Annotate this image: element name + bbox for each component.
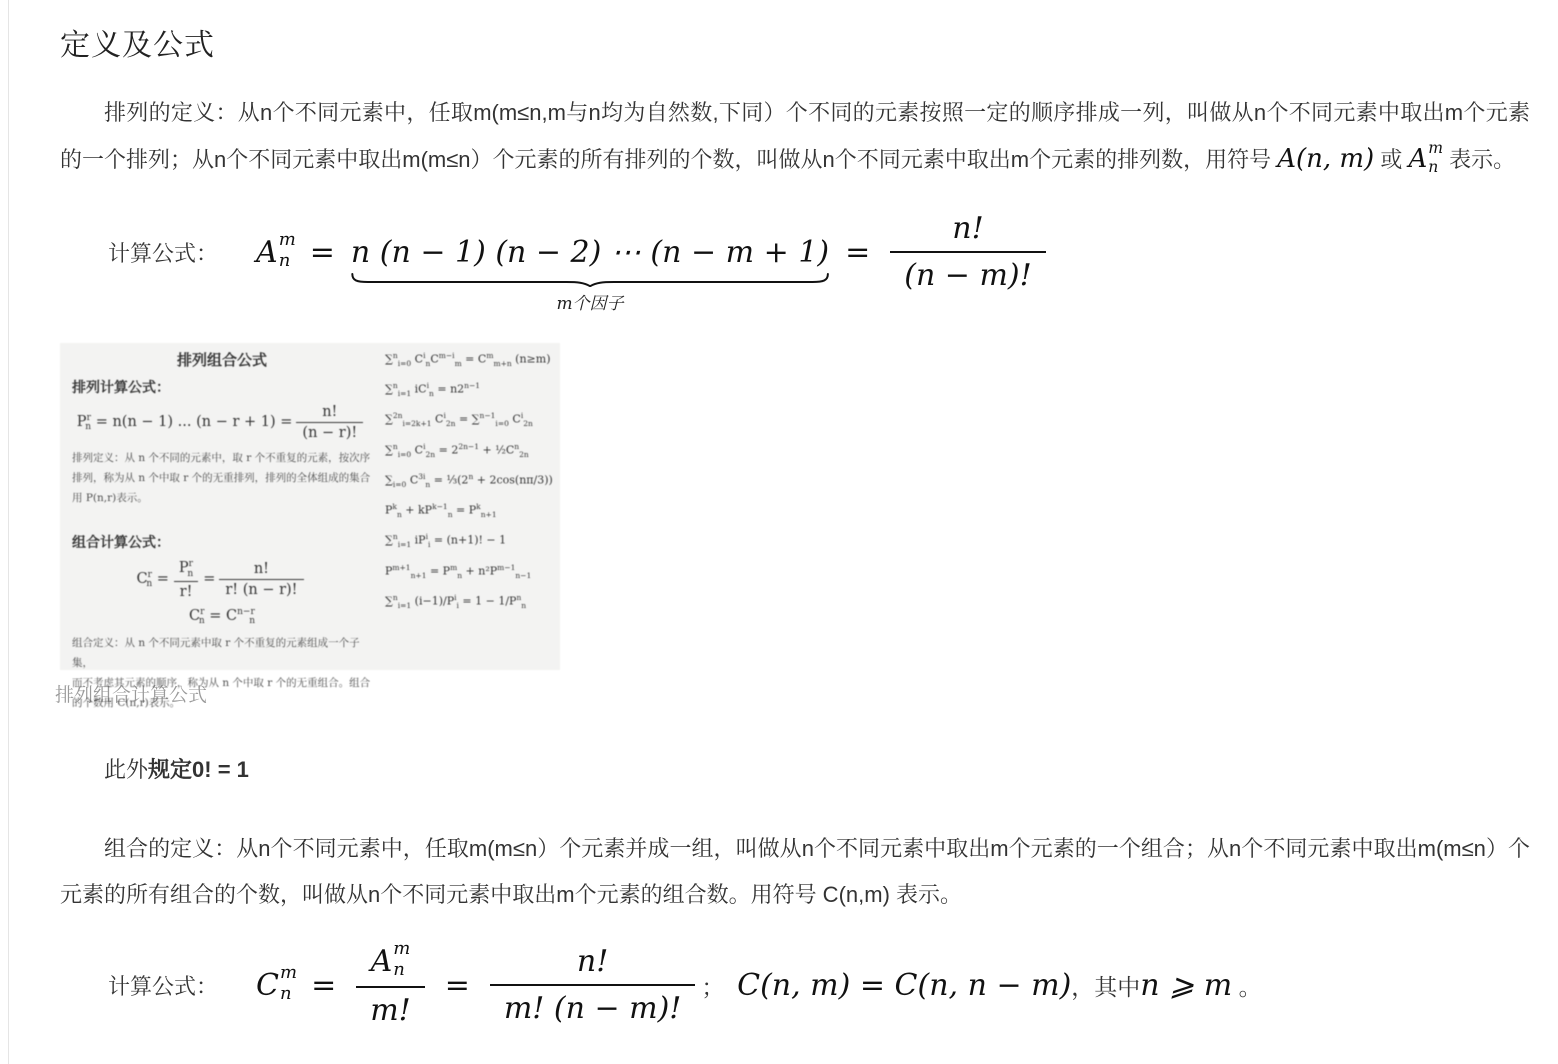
fraction-n-over-mnm: n! m! (n − m)! — [490, 944, 695, 1026]
inline-formula-A-n-m: Amn — [1408, 144, 1443, 174]
permutation-formula: Amn = n (n − 1) (n − 2) ⋯ (n − m + 1) m个… — [256, 211, 1052, 293]
equals-sign: = — [445, 968, 470, 1003]
note-line: 组合定义：从 n 个不同元素中取 r 个不重复的元素组成一个子集， — [72, 633, 372, 673]
embedded-perm-notes: 排列定义：从 n 个不同的元素中，取 r 个不重复的元素，按次序排列，称为从 n… — [72, 448, 372, 508]
formula-lhs: Amn — [256, 233, 296, 272]
embedded-image-title: 排列组合公式 — [72, 349, 372, 370]
embedded-sum-formula: Pkn + kPk−1n = Pkn+1 — [385, 502, 557, 521]
where-text: ，其中 — [1071, 969, 1140, 1002]
period: 。 — [1232, 969, 1261, 1002]
fraction-denominator: m! (n − m)! — [490, 984, 695, 1026]
note-line: 的个数用 C(n,r)表示。 — [72, 693, 372, 713]
fraction-numerator: Amn — [357, 942, 425, 986]
formula-lhs: Cmn — [256, 966, 297, 1005]
section-title: 定义及公式 — [60, 20, 1530, 64]
fraction-n-factorial: n! (n − m)! — [890, 211, 1045, 293]
note-line: 用 P(n,r)表示。 — [72, 488, 372, 508]
combination-formula-block: 计算公式： Cmn = Amn m! = n! m! (n − m)! ； C(… — [108, 942, 1530, 1028]
embedded-comb-notes: 组合定义：从 n 个不同元素中取 r 个不重复的元素组成一个子集，而不考虑其元素… — [72, 633, 372, 713]
fraction-denominator: (n − m)! — [890, 251, 1045, 293]
formula-label: 计算公式： — [108, 237, 218, 268]
embedded-sum-formula: ∑ni=1 iPii = (n+1)! − 1 — [385, 532, 557, 551]
combination-definition-text: 组合的定义：从n个不同元素中，任取m(m≤n）个元素并成一组，叫做从n个不同元素… — [60, 836, 1530, 907]
embedded-comb-formula-2: Crn = Cn−rn — [72, 607, 372, 627]
embedded-sum-formula: ∑i=0 C3in = ⅓(2n + 2cos(nπ/3)) — [385, 472, 557, 491]
biaoshi-text: 表示。 — [1443, 147, 1515, 172]
article-section: 定义及公式 排列的定义：从n个不同元素中，任取m(m≤n,m与n均为自然数,下同… — [0, 0, 1558, 1028]
underbraced-expansion: n (n − 1) (n − 2) ⋯ (n − m + 1) m个因子 — [349, 235, 831, 270]
where-condition: n ⩾ m — [1140, 968, 1232, 1003]
formula-label: 计算公式： — [108, 970, 218, 1001]
permutation-formula-block: 计算公式： Amn = n (n − 1) (n − 2) ⋯ (n − m +… — [108, 211, 1530, 293]
or-text: 或 — [1374, 147, 1408, 172]
embedded-sum-formula: ∑ni=1 iCin = n2n−1 — [385, 381, 557, 400]
permutation-definition-paragraph: 排列的定义：从n个不同元素中，任取m(m≤n,m与n均为自然数,下同）个不同的元… — [60, 90, 1530, 183]
embedded-sum-formula: ∑ni=0 Ci2n = 22n−1 + ½Cn2n — [385, 442, 557, 461]
note-line: 而不考虑其元素的顺序，称为从 n 个中取 r 个的无重组合。组合 — [72, 673, 372, 693]
embedded-comb-formula-1: Crn = Prnr! = n!r! (n − r)! — [72, 559, 372, 600]
equals-sign: = — [311, 968, 336, 1003]
fraction-numerator: n! — [938, 211, 997, 251]
embedded-sum-formula: Pm+1n+1 = Pmn + n²Pm−1n−1 — [385, 563, 557, 582]
rule-bold-text: 规定0! = 1 — [148, 757, 249, 782]
fraction-denominator: m! — [356, 986, 425, 1028]
note-line: 排列，称为从 n 个中取 r 个的无重排列，排列的全体组成的集合 — [72, 468, 372, 488]
combination-formula: Cmn = Amn m! = n! m! (n − m)! ； C(n, m) … — [256, 942, 1262, 1028]
fraction-numerator: n! — [563, 944, 622, 984]
embedded-perm-formula: Prn = n(n − 1) ... (n − r + 1) = n!(n − … — [72, 404, 372, 441]
formula-image[interactable]: 排列组合公式 排列计算公式： Prn = n(n − 1) ... (n − r… — [60, 343, 560, 670]
embedded-perm-heading: 排列计算公式： — [72, 377, 372, 397]
left-divider — [8, 0, 9, 1064]
note-line: 排列定义：从 n 个不同的元素中，取 r 个不重复的元素，按次序 — [72, 448, 372, 468]
fraction-Anm-over-m: Amn m! — [356, 942, 425, 1028]
inline-formula-Anm: A(n, m) — [1277, 144, 1374, 174]
embedded-comb-heading: 组合计算公式： — [72, 532, 372, 552]
symmetry-identity: C(n, m) = C(n, n − m) — [737, 968, 1071, 1003]
expansion-text: n (n − 1) (n − 2) ⋯ (n − m + 1) — [351, 235, 829, 270]
formula-image-left-column: 排列组合公式 排列计算公式： Prn = n(n − 1) ... (n − r… — [72, 349, 372, 713]
embedded-sum-formula: ∑ni=1 (i−1)/Pii = 1 − 1/Pnn — [385, 593, 557, 612]
embedded-sum-formula: ∑2ni=2k+1 Ci2n = ∑n−1i=0 Ci2n — [385, 411, 557, 430]
equals-sign: = — [845, 235, 870, 270]
embedded-sum-formula: ∑ni=0 CinCm−im = Cmm+n (n≥m) — [385, 351, 557, 370]
semicolon: ； — [701, 969, 737, 1002]
underbrace-icon — [349, 273, 831, 287]
formula-image-right-column: ∑ni=0 CinCm−im = Cmm+n (n≥m)∑ni=1 iCin =… — [385, 351, 557, 623]
zero-factorial-rule: 此外规定0! = 1 — [60, 753, 1530, 784]
combination-definition-paragraph: 组合的定义：从n个不同元素中，任取m(m≤n）个元素并成一组，叫做从n个不同元素… — [60, 826, 1530, 918]
rule-prefix: 此外 — [104, 757, 148, 782]
brace-label: m个因子 — [556, 289, 623, 314]
equals-sign: = — [310, 235, 335, 270]
